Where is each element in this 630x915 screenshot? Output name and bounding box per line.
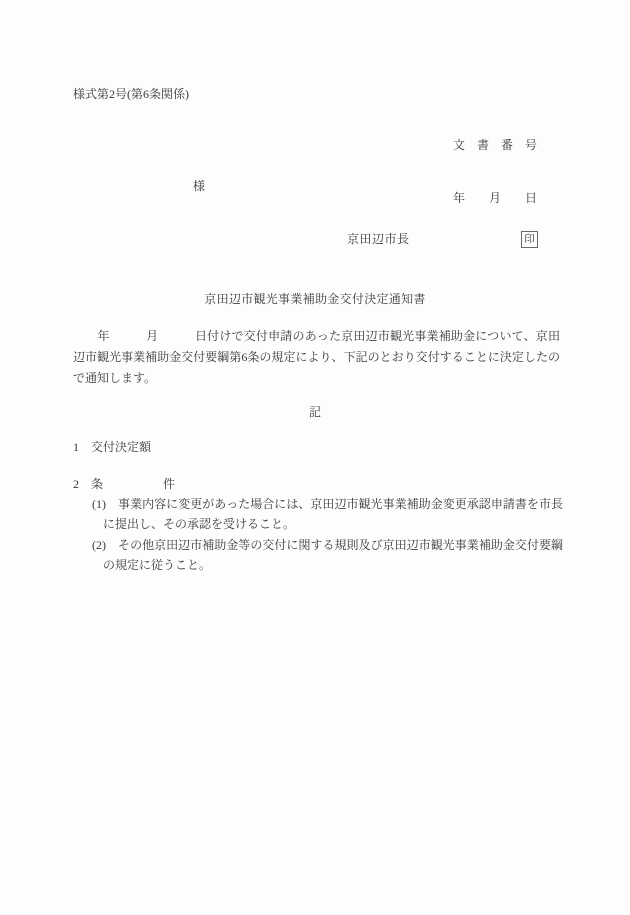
section-1-grant-amount: 1 交付決定額 [73, 438, 151, 455]
document-number-placeholder: 文 書 番 号 [453, 137, 537, 155]
notice-document-page: 様式第2号(第6条関係) 文 書 番 号 年 月 日 様 京田辺市長 印 京田辺… [0, 0, 630, 915]
addressee-honorific: 様 [193, 177, 205, 194]
date-placeholder: 年 月 日 [453, 190, 537, 208]
seal-placeholder: 印 [521, 231, 538, 248]
document-number-block: 文 書 番 号 年 月 日 [453, 102, 537, 242]
document-title: 京田辺市観光事業補助金交付決定通知書 [0, 290, 630, 307]
section-2-conditions: 2 条 件 [73, 475, 175, 492]
conditions-list: (1) 事業内容に変更があった場合には、京田辺市観光事業補助金変更承認申請書を市… [103, 494, 563, 575]
condition-item-1: (1) 事業内容に変更があった場合には、京田辺市観光事業補助金変更承認申請書を市… [103, 494, 563, 535]
form-number-label: 様式第2号(第6条関係) [73, 85, 189, 102]
mayor-name: 京田辺市長 [347, 230, 410, 247]
record-marker: 記 [0, 403, 630, 420]
condition-item-2: (2) その他京田辺市補助金等の交付に関する規則及び京田辺市観光事業補助金交付要… [103, 535, 563, 576]
body-paragraph: 年 月 日付けで交付申請のあった京田辺市観光事業補助金について、京田辺市観光事業… [73, 326, 560, 389]
